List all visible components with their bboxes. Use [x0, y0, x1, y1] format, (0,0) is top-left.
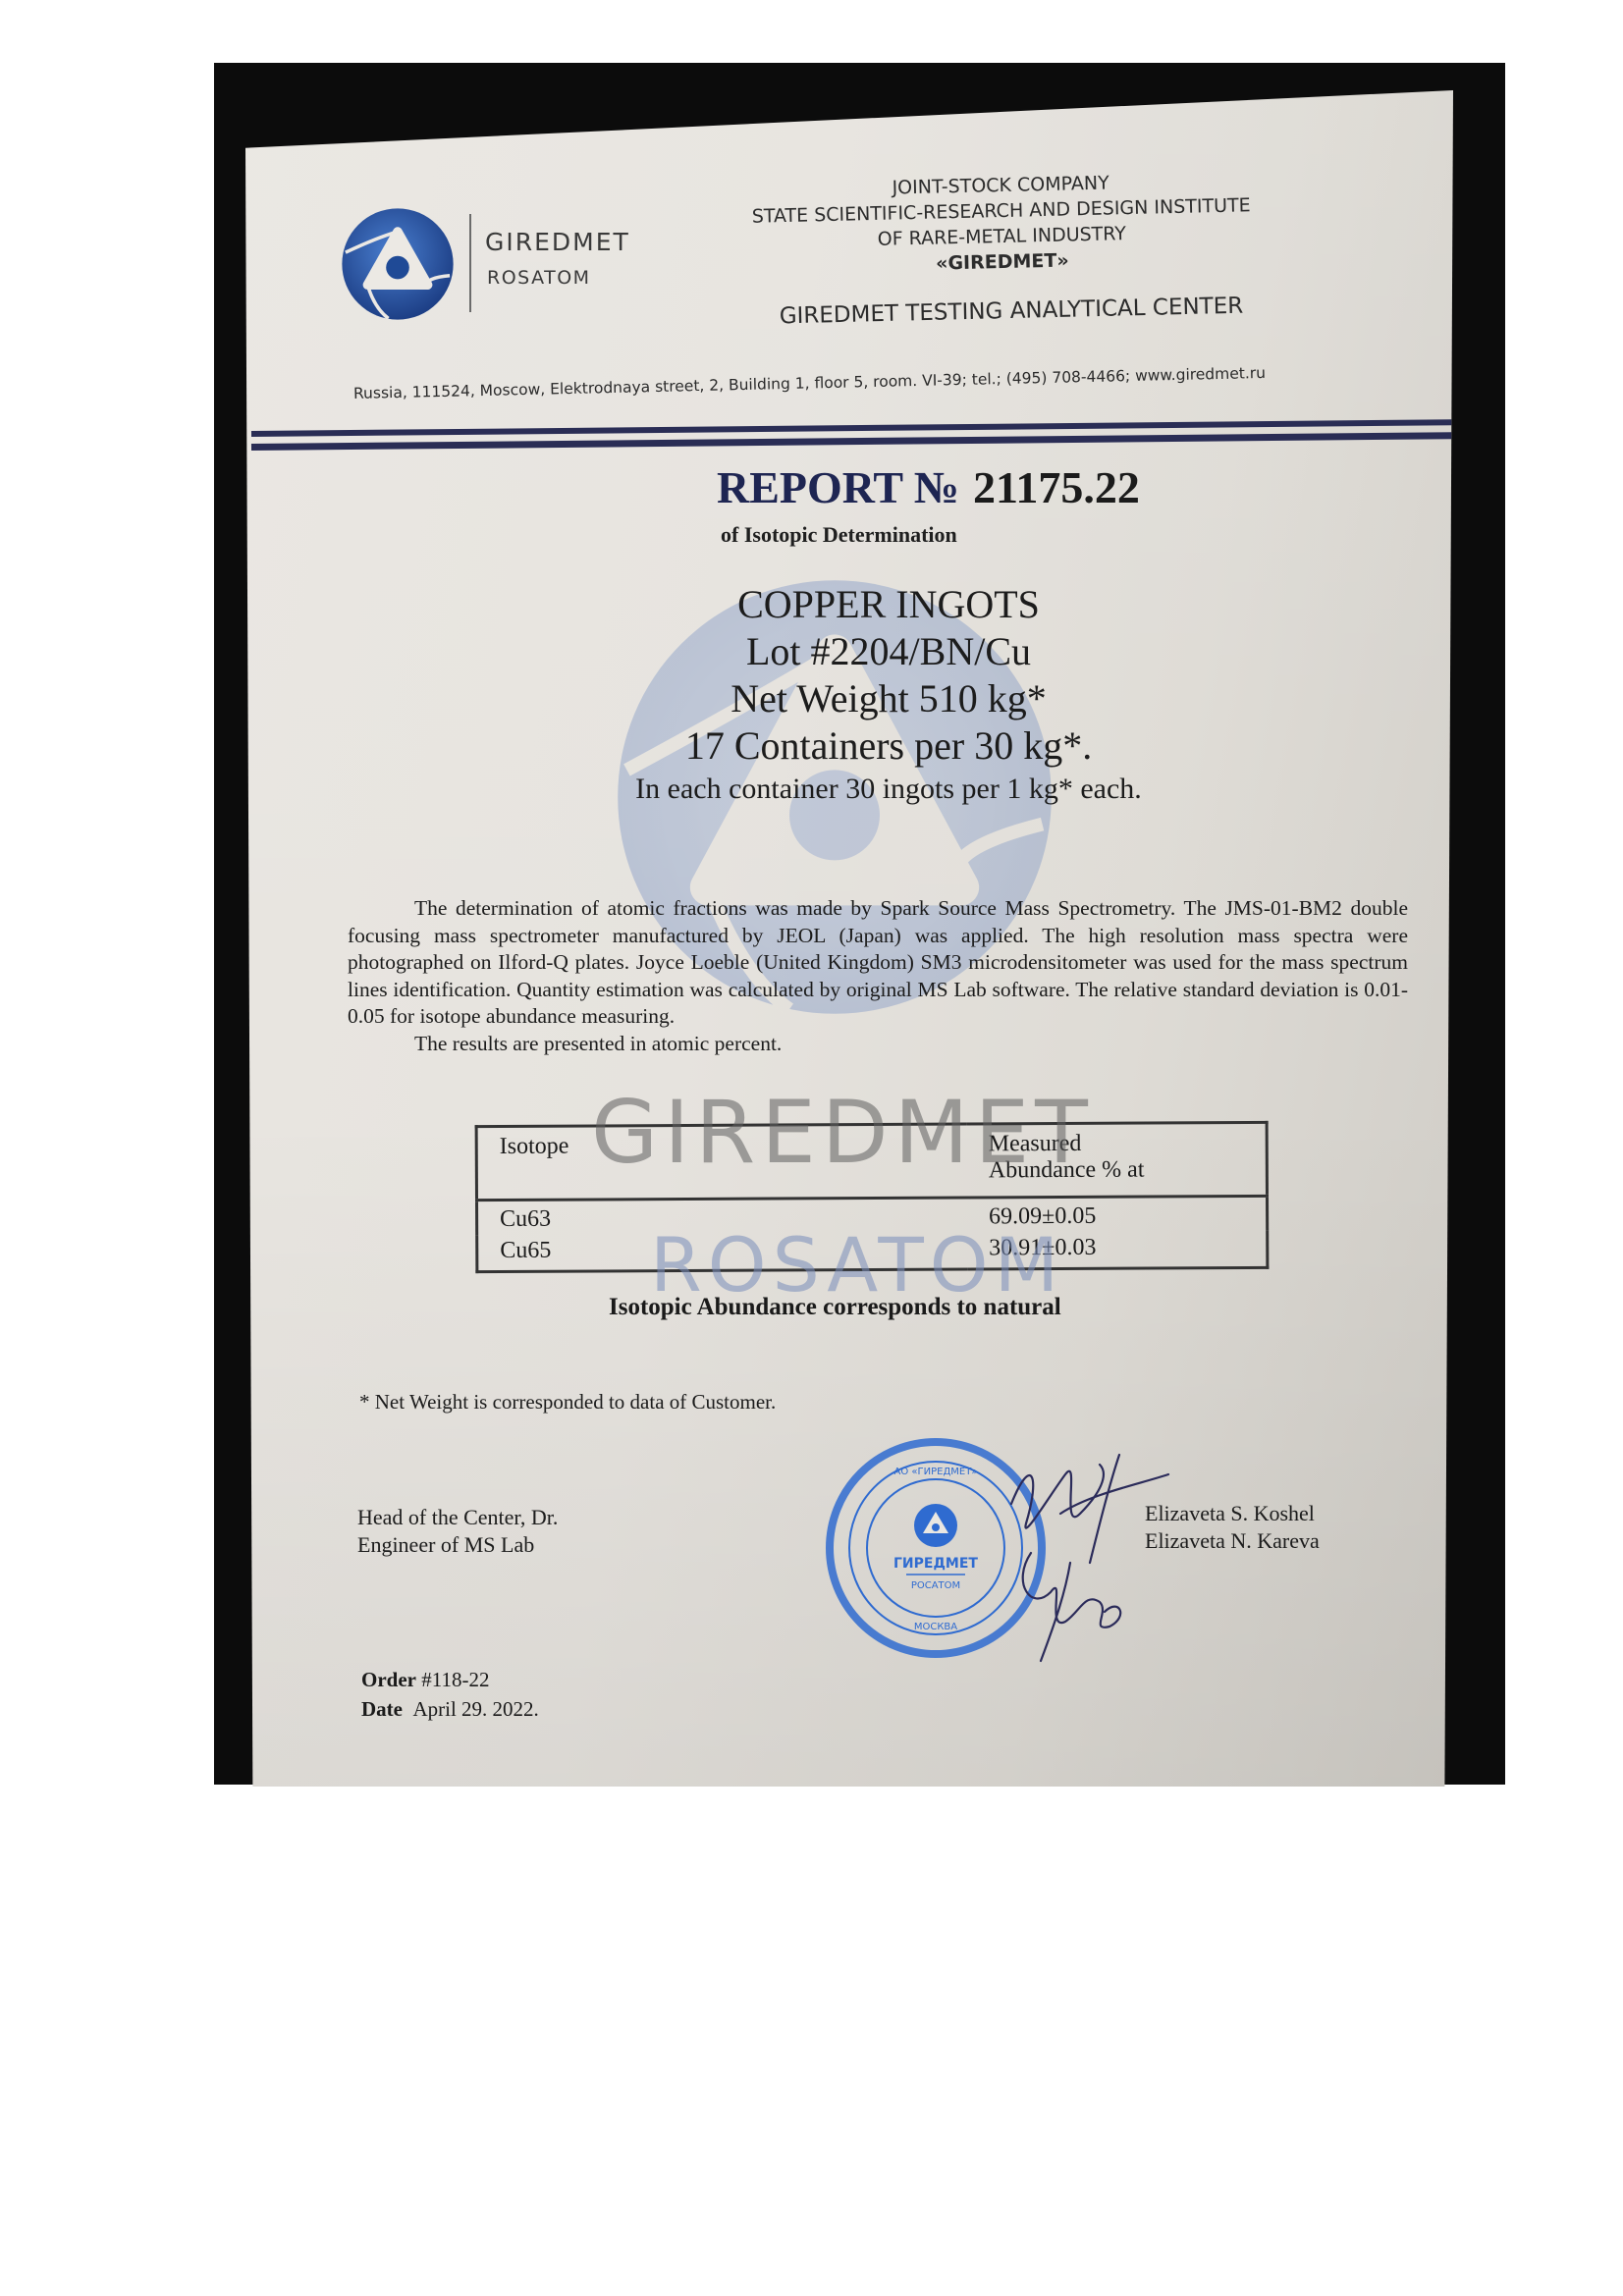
order-line: Order #118-22 — [361, 1665, 539, 1694]
handwritten-signature-icon — [972, 1415, 1208, 1671]
product-net-weight: Net Weight 510 kg* — [540, 675, 1237, 722]
svg-text:АО «ГИРЕДМЕТ»: АО «ГИРЕДМЕТ» — [894, 1467, 978, 1477]
order-number: #118-22 — [421, 1668, 489, 1691]
brand-name: GIREDMET — [485, 228, 630, 256]
method-description: The determination of atomic fractions wa… — [348, 895, 1408, 1057]
svg-text:РОСАТОМ: РОСАТОМ — [911, 1580, 960, 1591]
report-document: GIREDMET ROSATOM JOINT-STOCK COMPANY STA… — [245, 90, 1453, 1787]
svg-text:МОСКВА: МОСКВА — [914, 1622, 957, 1632]
svg-text:ГИРЕДМЕТ: ГИРЕДМЕТ — [893, 1556, 978, 1572]
results-note: The results are presented in atomic perc… — [348, 1031, 1408, 1058]
role-engineer: Engineer of MS Lab — [357, 1531, 558, 1559]
footnote: * Net Weight is corresponded to data of … — [359, 1390, 776, 1415]
conclusion: Isotopic Abundance corresponds to natura… — [609, 1294, 1061, 1321]
date-line: Date April 29. 2022. — [361, 1694, 539, 1724]
watermark-giredmet: GIREDMET — [591, 1082, 1094, 1183]
product-per-container: In each container 30 ingots per 1 kg* ea… — [540, 770, 1237, 809]
product-containers: 17 Containers per 30 kg*. — [540, 722, 1237, 770]
report-title-label: REPORT № — [717, 462, 959, 512]
product-block: COPPER INGOTS Lot #2204/BN/Cu Net Weight… — [540, 581, 1237, 809]
method-paragraph: The determination of atomic fractions wa… — [348, 895, 1408, 1031]
logo-divider — [469, 214, 471, 312]
organization-name: JOINT-STOCK COMPANY STATE SCIENTIFIC-RES… — [696, 166, 1307, 282]
center-name: GIREDMET TESTING ANALYTICAL CENTER — [736, 293, 1286, 331]
brand-sub: ROSATOM — [487, 267, 591, 289]
address-line: Russia, 111524, Moscow, Elektrodnaya str… — [353, 362, 1355, 402]
report-title: REPORT №21175.22 — [717, 461, 1140, 513]
report-subtitle: of Isotopic Determination — [721, 522, 957, 548]
product-lot: Lot #2204/BN/Cu — [540, 628, 1237, 675]
rosatom-logo-icon — [340, 206, 456, 322]
report-number: 21175.22 — [973, 462, 1140, 512]
order-block: Order #118-22 Date April 29. 2022. — [361, 1665, 539, 1724]
product-name: COPPER INGOTS — [540, 581, 1237, 628]
role-head: Head of the Center, Dr. — [357, 1504, 558, 1531]
report-date: April 29. 2022. — [412, 1697, 538, 1721]
signatory-roles: Head of the Center, Dr. Engineer of MS L… — [357, 1504, 558, 1559]
